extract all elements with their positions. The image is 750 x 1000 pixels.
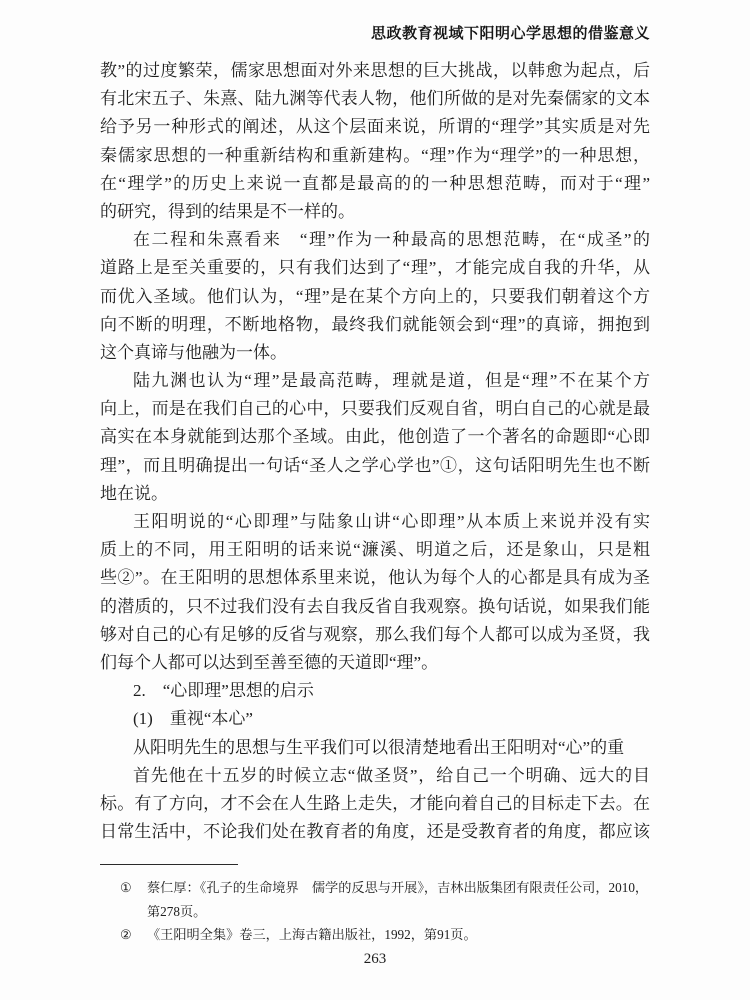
text-line: 标。有了方向，才不会在人生路上走失，才能向着自己的目标走下去。在 [100,790,650,818]
text-line: 高实在本身就能到达那个圣域。由此，他创造了一个著名的命题即“心即 [100,423,650,451]
page-footer: 263 [0,951,750,968]
text-line: 而优入圣域。他们认为，“理”是在某个方向上的，只要我们朝着这个方 [100,283,650,311]
text-line: 向上，而是在我们自己的心中，只要我们反观自省，明白自己的心就是最 [100,395,650,423]
text-line: 从阳明先生的思想与生平我们可以很清楚地看出王阳明对“心”的重视。 [100,734,650,762]
text-line: 日常生活中，不论我们处在教育者的角度，还是受教育者的角度，都应该 [100,818,650,846]
text-line: 这个真谛与他融为一体。 [100,339,650,367]
text-line: 有北宋五子、朱熹、陆九渊等代表人物，他们所做的是对先秦儒家的文本 [100,85,650,113]
text-line: 的潜质的，只不过我们没有去自我反省自我观察。换句话说，如果我们能 [100,593,650,621]
text-line: 首先他在十五岁的时候立志“做圣贤”，给自己一个明确、远大的目 [100,762,650,790]
body-text: 教”的过度繁荣，儒家思想面对外来思想的巨大挑战，以韩愈为起点，后有北宋五子、朱熹… [100,57,650,846]
text-line: 在“理学”的历史上来说一直都是最高的的一种思想范畴，而对于“理” [100,170,650,198]
text-line: 向不断的明理，不断地格物，最终我们就能领会到“理”的真谛，拥抱到 [100,311,650,339]
page-header: 思政教育视域下阳明心学思想的借鉴意义 [100,22,650,43]
footnote-text: 《王阳明全集》卷三，上海古籍出版社，1992，第91页。 [147,923,655,947]
document-page: 思政教育视域下阳明心学思想的借鉴意义 教”的过度繁荣，儒家思想面对外来思想的巨大… [0,0,750,1000]
page-number: 263 [364,951,387,967]
text-line: 地在说。 [100,480,650,508]
footnote-line: 《王阳明全集》卷三，上海古籍出版社，1992，第91页。 [147,923,655,947]
text-line: 够对自己的心有足够的反省与观察，那么我们每个人都可以成为圣贤，我 [100,621,650,649]
footnote-separator [100,864,238,865]
text-line: 教”的过度繁荣，儒家思想面对外来思想的巨大挑战，以韩愈为起点，后 [100,57,650,85]
text-line: 陆九渊也认为“理”是最高范畴，理就是道，但是“理”不在某个方 [100,367,650,395]
text-line: 王阳明说的“心即理”与陆象山讲“心即理”从本质上来说并没有实 [100,508,650,536]
text-line: (1) 重视“本心” [100,705,650,733]
footnote-text: 蔡仁厚：《孔子的生命境界 儒学的反思与开展》，吉林出版集团有限责任公司，2010… [147,876,655,923]
footnotes: ①蔡仁厚：《孔子的生命境界 儒学的反思与开展》，吉林出版集团有限责任公司，201… [120,876,655,947]
text-line: 们每个人都可以达到至善至德的天道即“理”。 [100,649,650,677]
footnote-line: 蔡仁厚：《孔子的生命境界 儒学的反思与开展》，吉林出版集团有限责任公司，2010… [147,876,655,900]
running-title: 思政教育视域下阳明心学思想的借鉴意义 [371,26,650,42]
text-line: 给予另一种形式的阐述，从这个层面来说，所谓的“理学”其实质是对先 [100,113,650,141]
text-line: 道路上是至关重要的，只有我们达到了“理”，才能完成自我的升华，从 [100,254,650,282]
text-line: 秦儒家思想的一种重新结构和重新建构。“理”作为“理学”的一种思想， [100,142,650,170]
text-line: 的研究，得到的结果是不一样的。 [100,198,650,226]
footnote-marker: ② [120,923,147,947]
footnote: ①蔡仁厚：《孔子的生命境界 儒学的反思与开展》，吉林出版集团有限责任公司，201… [120,876,655,923]
footnote-marker: ① [120,876,147,923]
text-line: 质上的不同，用王阳明的话来说“濂溪、明道之后，还是象山，只是粗 [100,536,650,564]
text-line: 些②”。在王阳明的思想体系里来说，他认为每个人的心都是具有成为圣贤 [100,564,650,592]
text-line: 在二程和朱熹看来 “理”作为一种最高的思想范畴，在“成圣”的 [100,226,650,254]
footnote: ②《王阳明全集》卷三，上海古籍出版社，1992，第91页。 [120,923,655,947]
text-line: 2. “心即理”思想的启示 [100,677,650,705]
footnote-line: 第278页。 [147,900,655,924]
text-line: 理”，而且明确提出一句话“圣人之学心学也”①，这句话阳明先生也不断 [100,452,650,480]
